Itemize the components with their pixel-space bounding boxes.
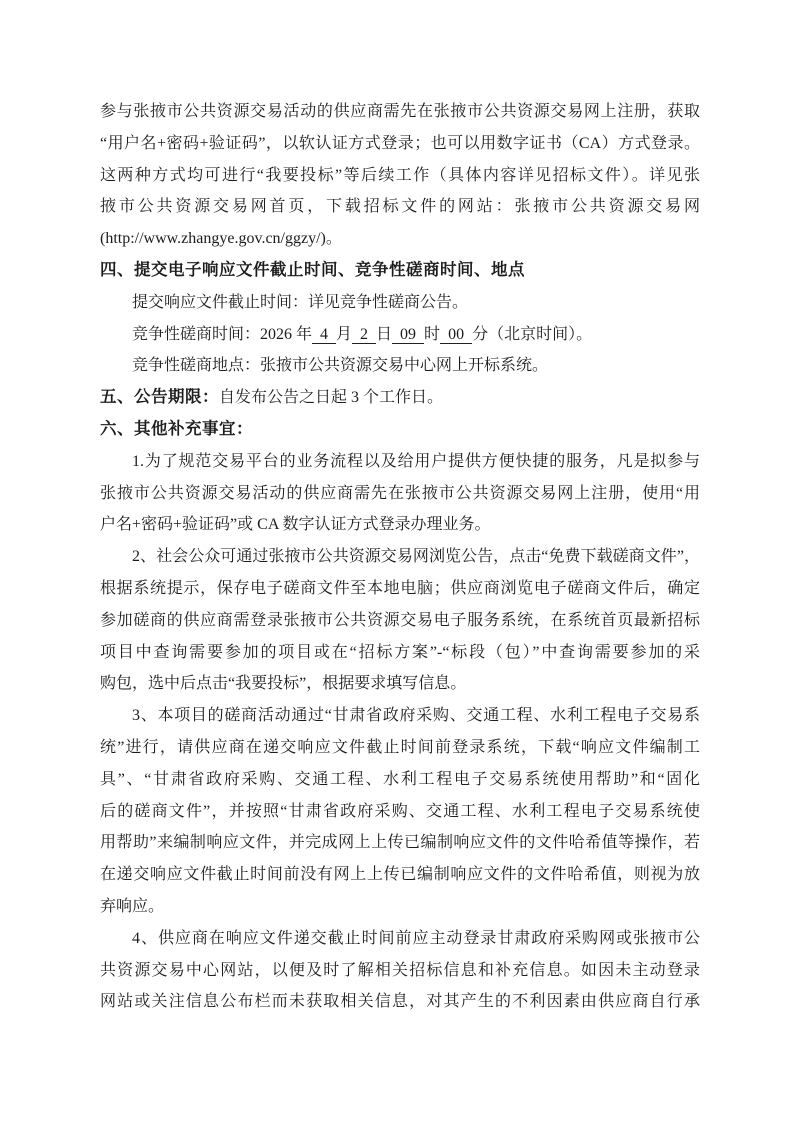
- supplement-item-3-line-4: 后的磋商文件”，并按照“甘肃省政府采购、交通工程、水利工程电子交易系统使: [100, 796, 700, 828]
- registration-notice-paragraph-line-4: 掖市公共资源交易网首页，下载招标文件的网站：张掖市公共资源交易网: [100, 191, 700, 223]
- negotiation-place-line: 竞争性磋商地点：张掖市公共资源交易中心网上开标系统。: [100, 350, 700, 382]
- supplement-item-3-line-3: 具”、“甘肃省政府采购、交通工程、水利工程电子交易系统使用帮助”和“固化: [100, 764, 700, 796]
- supplement-item-4-line-1: 4、供应商在响应文件递交截止时间前应主动登录甘肃政府采购网或张掖市公: [100, 923, 700, 955]
- supplement-item-4-line-2: 共资源交易中心网站，以便及时了解相关招标信息和补充信息。如因未主动登录: [100, 955, 700, 987]
- negotiation-time-line-segment-7: 时: [424, 326, 440, 343]
- registration-notice-paragraph-line-3: 这两种方式均可进行“我要投标”等后续工作（具体内容详见招标文件）。详见张: [100, 160, 700, 192]
- supplement-item-3-line-5: 用帮助”来编制响应文件，并完成网上上传已编制响应文件的文件哈希值等操作，若: [100, 827, 700, 859]
- registration-notice-paragraph-line-5: (http://www.zhangye.gov.cn/ggzy/)。: [100, 223, 700, 255]
- negotiation-time-line-segment-1: 竞争性磋商时间：2026 年: [132, 326, 312, 343]
- supplement-item-2-line-5: 购包，选中后点击“我要投标”，根据要求填写信息。: [100, 668, 700, 700]
- section-5-heading-bold: 五、公告期限：: [100, 388, 219, 406]
- supplement-item-1-line-2: 张掖市公共资源交易活动的供应商需先在张掖市公共资源交易网上注册，使用“用: [100, 478, 700, 510]
- section-5-heading: 五、公告期限：自发布公告之日起 3 个工作日。: [100, 382, 700, 414]
- document-page: 参与张掖市公共资源交易活动的供应商需先在张掖市公共资源交易网上注册，获取“用户名…: [0, 0, 793, 1122]
- supplement-item-2-line-1: 2、社会公众可通过张掖市公共资源交易网浏览公告，点击“免费下载磋商文件”，: [100, 541, 700, 573]
- supplement-item-2-line-2: 根据系统提示，保存电子磋商文件至本地电脑；供应商浏览电子磋商文件后，确定: [100, 573, 700, 605]
- negotiation-time-line: 竞争性磋商时间：2026 年 4 月 2 日 09 时 00 分（北京时间）。: [100, 319, 700, 351]
- supplement-item-3-line-1: 3、本项目的磋商活动通过“甘肃省政府采购、交通工程、水利工程电子交易系: [100, 700, 700, 732]
- supplement-item-1-line-3: 户名+密码+验证码”或 CA 数字认证方式登录办理业务。: [100, 509, 700, 541]
- negotiation-time-line-segment-5: 日: [376, 326, 392, 343]
- supplement-item-2-line-3: 参加磋商的供应商需登录张掖市公共资源交易电子服务系统，在系统首页最新招标: [100, 605, 700, 637]
- supplement-item-3-line-6: 在递交响应文件截止时间前没有网上上传已编制响应文件的文件哈希值，则视为放: [100, 859, 700, 891]
- supplement-item-2-line-4: 项目中查询需要参加的项目或在“招标方案”-“标段（包）”中查询需要参加的采: [100, 637, 700, 669]
- section-4-heading: 四、提交电子响应文件截止时间、竞争性磋商时间、地点: [100, 255, 700, 287]
- section-6-heading: 六、其他补充事宜：: [100, 414, 700, 446]
- negotiation-time-line-segment-9: 分（北京时间）。: [472, 326, 592, 343]
- negotiation-time-line-segment-8-blank: 00: [440, 326, 472, 344]
- supplement-item-3-line-7: 弃响应。: [100, 891, 700, 923]
- section-5-heading-text: 自发布公告之日起 3 个工作日。: [219, 389, 443, 406]
- negotiation-time-line-segment-6-blank: 09: [392, 326, 424, 344]
- registration-notice-paragraph-line-2: “用户名+密码+验证码”，以软认证方式登录；也可以用数字证书（CA）方式登录。: [100, 128, 700, 160]
- supplement-item-3-line-2: 统”进行，请供应商在递交响应文件截止时间前登录系统，下载“响应文件编制工: [100, 732, 700, 764]
- registration-notice-paragraph-line-1: 参与张掖市公共资源交易活动的供应商需先在张掖市公共资源交易网上注册，获取: [100, 96, 700, 128]
- negotiation-time-line-segment-3: 月: [336, 326, 352, 343]
- negotiation-time-line-segment-2-blank: 4: [312, 326, 336, 344]
- negotiation-time-line-segment-4-blank: 2: [352, 326, 376, 344]
- submission-deadline-line: 提交响应文件截止时间：详见竞争性磋商公告。: [100, 287, 700, 319]
- document-body: 参与张掖市公共资源交易活动的供应商需先在张掖市公共资源交易网上注册，获取“用户名…: [100, 96, 700, 1018]
- supplement-item-1-line-1: 1.为了规范交易平台的业务流程以及给用户提供方便快捷的服务，凡是拟参与: [100, 446, 700, 478]
- supplement-item-4-line-3: 网站或关注信息公布栏而未获取相关信息，对其产生的不利因素由供应商自行承: [100, 986, 700, 1018]
